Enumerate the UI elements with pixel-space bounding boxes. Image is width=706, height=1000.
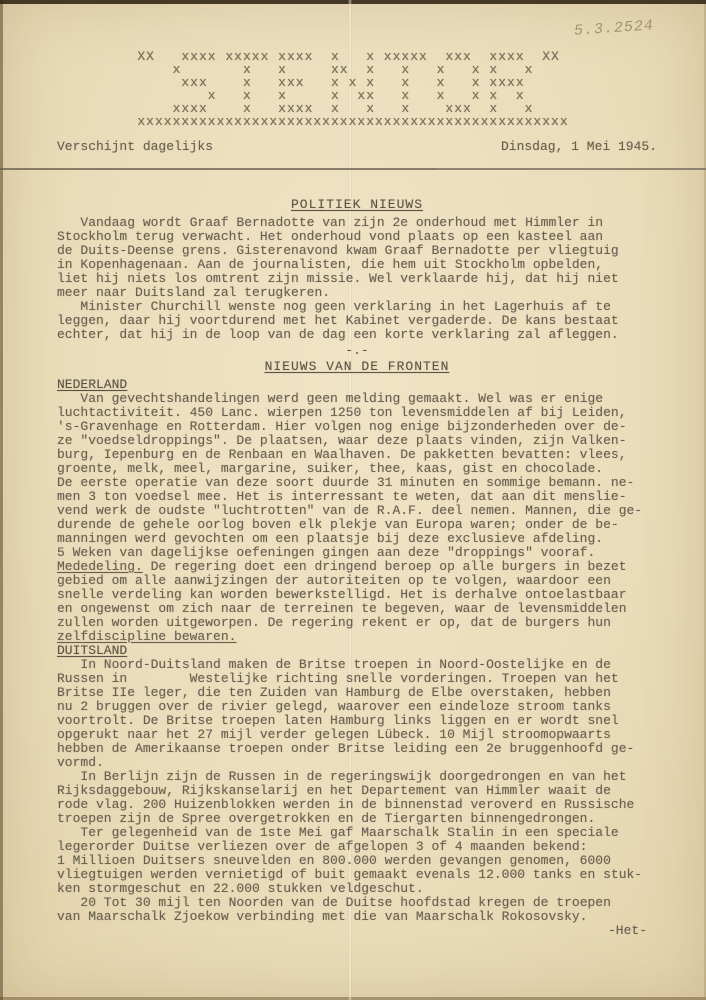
- masthead-ascii-title-stentor: XX xxxx xxxxx xxxx x x xxxxx xxx xxxx XX…: [137, 50, 568, 128]
- paragraph-bernadotte: Vandaag wordt Graaf Bernadotte van zijn …: [57, 216, 657, 300]
- section-title-politiek-nieuws: POLITIEK NIEUWS: [57, 198, 657, 212]
- page-content: Verschijnt dagelijks Dinsdag, 1 Mei 1945…: [57, 140, 657, 938]
- paragraph-nederland: Van gevechtshandelingen werd geen meldin…: [57, 392, 657, 644]
- issue-date: Dinsdag, 1 Mei 1945.: [501, 140, 657, 154]
- scanned-newsletter-page: 5.3.2524 XX xxxx xxxxx xxxx x x xxxxx xx…: [0, 0, 706, 1000]
- section-title-nieuws-van-de-fronten: NIEUWS VAN DE FRONTEN: [57, 360, 657, 374]
- mededeling-label: Mededeling.: [57, 559, 143, 574]
- masthead: XX xxxx xxxxx xxxx x x xxxxx xxx xxxx XX…: [0, 50, 706, 130]
- divider-line: [0, 168, 706, 170]
- masthead-info-row: Verschijnt dagelijks Dinsdag, 1 Mei 1945…: [57, 140, 657, 154]
- separator-mark: -.-: [57, 344, 657, 357]
- subsection-heading-duitsland: DUITSLAND: [57, 644, 657, 658]
- continuation-mark: -Het-: [57, 924, 657, 938]
- handwritten-archive-number: 5.3.2524: [573, 17, 654, 40]
- nederland-text-part1: Van gevechtshandelingen werd geen meldin…: [57, 391, 642, 560]
- paragraph-churchill: Minister Churchill wenste nog geen verkl…: [57, 300, 657, 342]
- nederland-text-part2: De regering doet een dringend beroep op …: [57, 559, 627, 630]
- subsection-heading-nederland: NEDERLAND: [57, 378, 657, 392]
- paragraph-duitsland: In Noord-Duitsland maken de Britse troep…: [57, 658, 657, 924]
- nederland-closing-underlined: zelfdiscipline bewaren.: [57, 629, 236, 644]
- publication-frequency-label: Verschijnt dagelijks: [57, 140, 213, 154]
- article-body: POLITIEK NIEUWS Vandaag wordt Graaf Bern…: [57, 198, 657, 938]
